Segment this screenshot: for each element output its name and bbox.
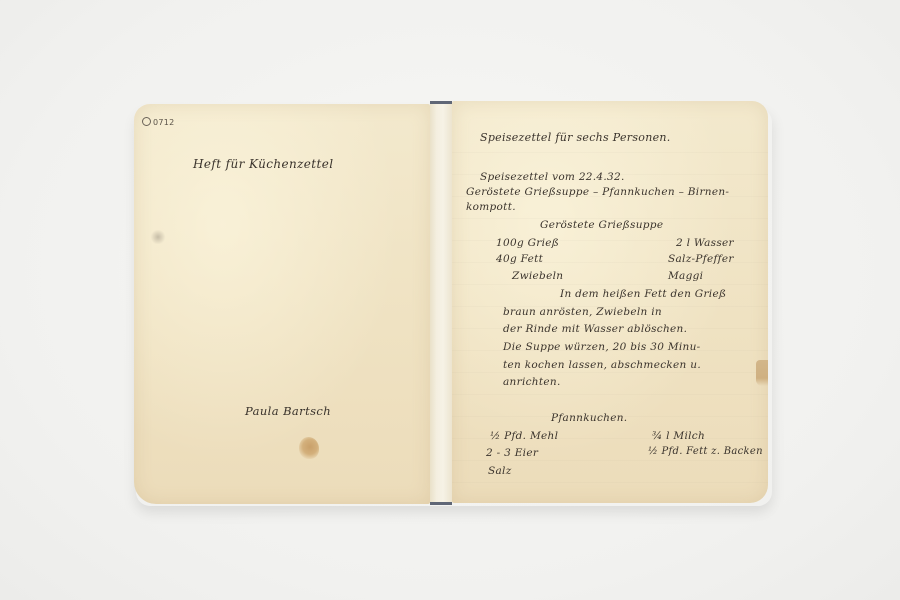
instruction-line: Die Suppe würzen, 20 bis 30 Minu- (503, 341, 701, 353)
menu-date: Speisezettel vom 22.4.32. (480, 171, 625, 183)
instruction-line: braun anrösten, Zwiebeln in (503, 306, 662, 318)
recipe-1-title: Geröstete Grießsuppe (540, 219, 663, 231)
instruction-line: anrichten. (503, 376, 561, 388)
recipe-2-title: Pfannkuchen. (551, 412, 627, 424)
ingredient: 2 l Wasser (676, 237, 734, 249)
menu-line-1: Geröstete Grießsuppe – Pfannkuchen – Bir… (466, 186, 729, 198)
ingredient: Maggi (668, 270, 703, 282)
ingredient: Salz (488, 465, 512, 477)
instruction-line: In dem heißen Fett den Grieß (560, 288, 726, 300)
ingredient: ½ Pfd. Mehl (490, 430, 558, 442)
owner-signature: Paula Bartsch (245, 404, 331, 418)
ingredient: 40g Fett (496, 253, 543, 265)
page-heading: Speisezettel für sechs Personen. (480, 131, 671, 144)
ingredient: ¾ l Milch (652, 430, 705, 442)
spine-cap-top (430, 101, 452, 104)
ingredient: ½ Pfd. Fett z. Backen (648, 446, 763, 457)
open-notebook: 0712 Heft für Küchenzettel Paula Bartsch… (0, 0, 900, 600)
right-page (452, 101, 768, 503)
spine (430, 102, 452, 504)
stain-spot (299, 437, 319, 459)
instruction-line: ten kochen lassen, abschmecken u. (503, 359, 701, 371)
notebook-title: Heft für Küchenzettel (193, 157, 333, 171)
spine-cap-bottom (430, 502, 452, 505)
menu-line-2: kompott. (466, 201, 516, 213)
instruction-line: der Rinde mit Wasser ablöschen. (503, 323, 687, 335)
ingredient: Salz-Pfeffer (668, 253, 734, 265)
ingredient: 2 - 3 Eier (486, 447, 538, 459)
ingredient: Zwiebeln (512, 270, 563, 282)
ink-smudge (150, 230, 166, 244)
ingredient: 100g Grieß (496, 237, 559, 249)
stamp-number: 0712 (153, 118, 175, 127)
stain-edge (756, 360, 768, 386)
archive-stamp: 0712 (142, 117, 175, 127)
stamp-circle-icon (142, 117, 151, 126)
